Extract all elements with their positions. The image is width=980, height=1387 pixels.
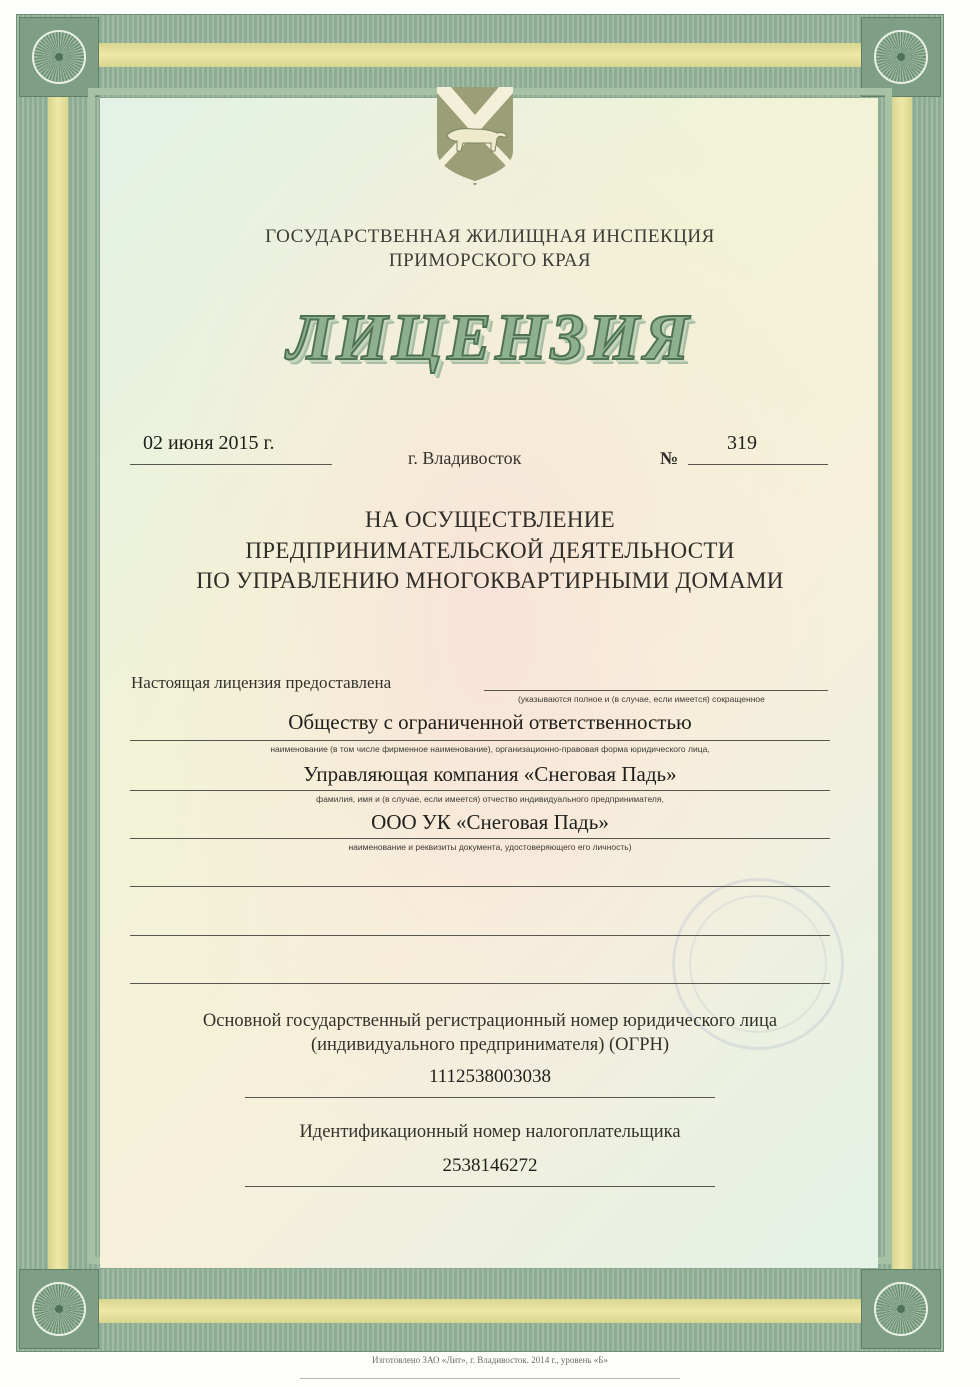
inn-label: Идентификационный номер налогоплательщик…	[0, 1122, 980, 1143]
border-bottom-yellow-stripe	[99, 1299, 861, 1323]
authority-name-line2: ПРИМОРСКОГО КРАЯ	[0, 250, 980, 272]
inn-value: 2538146272	[0, 1155, 980, 1177]
border-right-yellow-stripe	[892, 97, 912, 1269]
licensee-hint2: наименование (в том числе фирменное наим…	[0, 744, 980, 754]
licensee-hint3: фамилия, имя и (в случае, если имеется) …	[0, 794, 980, 804]
ogrn-underline	[245, 1097, 715, 1098]
ogrn-label-line1: Основной государственный регистрационный…	[0, 1011, 980, 1032]
number-label: №	[660, 448, 678, 469]
purpose-line2: ПРЕДПРИНИМАТЕЛЬСКОЙ ДЕЯТЕЛЬНОСТИ	[0, 538, 980, 564]
licensee-line3	[130, 838, 830, 839]
corner-rosette-top-right	[861, 17, 941, 97]
border-left-yellow-stripe	[48, 97, 68, 1269]
coat-of-arms-icon	[433, 85, 517, 185]
printer-imprint: Изготовлено ЗАО «Лит», г. Владивосток. 2…	[0, 1355, 980, 1365]
blank-line-1	[130, 886, 830, 887]
purpose-line3: ПО УПРАВЛЕНИЮ МНОГОКВАРТИРНЫМИ ДОМАМИ	[0, 568, 980, 594]
licensee-hint1: (указываются полное и (в случае, если им…	[518, 694, 765, 704]
licensee-intro: Настоящая лицензия предоставлена	[131, 673, 391, 693]
licensee-line2	[130, 790, 830, 791]
inn-underline	[245, 1186, 715, 1187]
blank-line-2	[130, 935, 830, 936]
document-title: ЛИЦЕНЗИЯ	[0, 300, 980, 376]
licensee-hint4: наименование и реквизиты документа, удос…	[0, 842, 980, 852]
corner-rosette-bottom-right	[861, 1269, 941, 1349]
purpose-line1: НА ОСУЩЕСТВЛЕНИЕ	[0, 507, 980, 533]
ogrn-label-line2: (индивидуального предпринимателя) (ОГРН)	[0, 1035, 980, 1056]
licensee-line1	[130, 740, 830, 741]
licensee-value2: Управляющая компания «Снеговая Падь»	[0, 762, 980, 787]
authority-name-line1: ГОСУДАРСТВЕННАЯ ЖИЛИЩНАЯ ИНСПЕКЦИЯ	[0, 226, 980, 248]
licensee-value1: Обществу с ограниченной ответственностью	[0, 710, 980, 735]
number-underline	[688, 464, 828, 465]
license-number: 319	[727, 432, 757, 455]
licensee-intro-underline	[484, 690, 828, 691]
blank-line-3	[130, 983, 830, 984]
corner-rosette-top-left	[19, 17, 99, 97]
issue-city: г. Владивосток	[408, 448, 521, 469]
border-top-yellow-stripe	[99, 43, 861, 67]
ogrn-value: 1112538003038	[0, 1066, 980, 1088]
issue-date: 02 июня 2015 г.	[143, 432, 275, 455]
licensee-value3: ООО УК «Снеговая Падь»	[0, 810, 980, 835]
date-underline	[130, 464, 332, 465]
corner-rosette-bottom-left	[19, 1269, 99, 1349]
scan-edge	[300, 1378, 680, 1379]
